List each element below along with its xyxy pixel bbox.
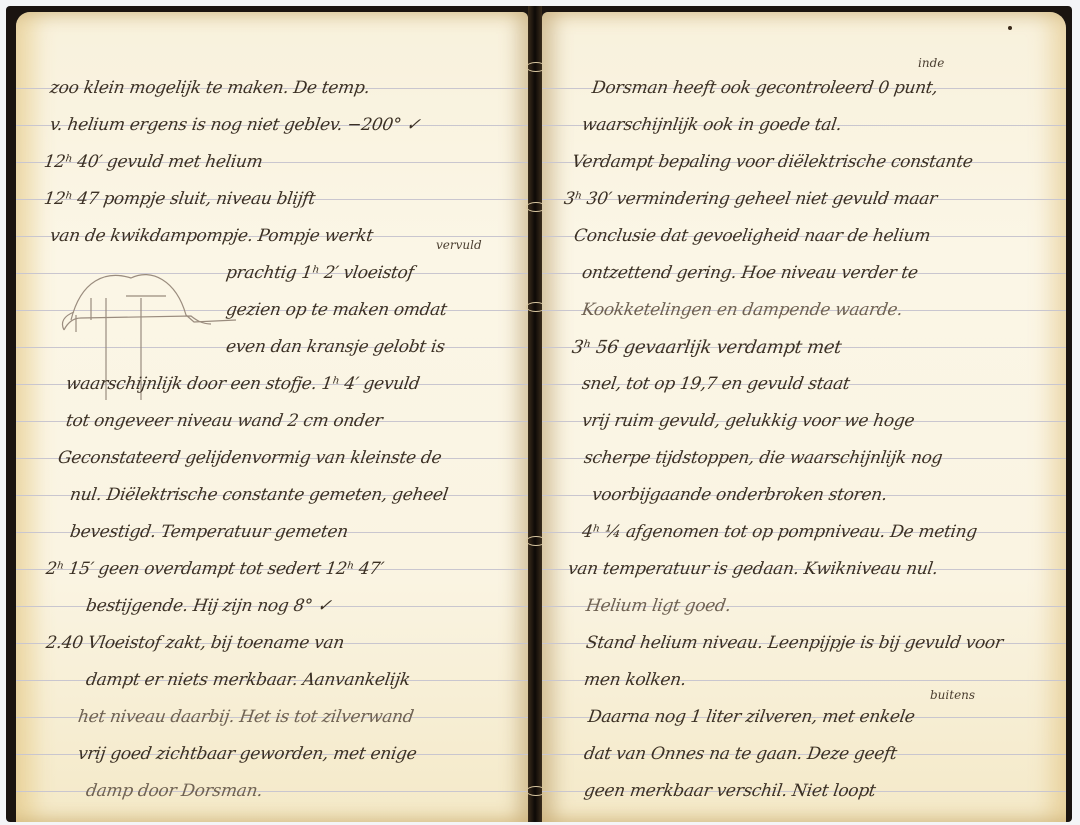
left-page-text: zoo klein mogelijk te maken. De temp. v.…: [16, 70, 528, 810]
text-line: Verdampt bepaling voor diëlektrische con…: [542, 144, 1066, 181]
text-line: nul. Diëlektrische constante gemeten, ge…: [16, 477, 528, 514]
left-page: zoo klein mogelijk te maken. De temp. v.…: [16, 12, 528, 822]
text-line: waarschijnlijk ook in goede tal.: [542, 107, 1066, 144]
text-line: 3ʰ 56 gevaarlijk verdampt met: [542, 329, 1066, 366]
text-line: bestijgende. Hij zijn nog 8° ✓: [16, 588, 528, 625]
text-line: Conclusie dat gevoeligheid naar de heliu…: [542, 218, 1066, 255]
text-line: dat van Onnes na te gaan. Deze geeft: [542, 736, 1066, 773]
text-line: gezien op te maken omdat: [16, 292, 528, 329]
text-line: waarschijnlijk door een stofje. 1ʰ 4′ ge…: [16, 366, 528, 403]
ink-spot: [1008, 26, 1012, 30]
text-line: Kookketelingen en dampende waarde.: [542, 292, 1066, 329]
text-line: 3ʰ 30′ vermindering geheel niet gevuld m…: [542, 181, 1066, 218]
text-line: snel, tot op 19,7 en gevuld staat: [542, 366, 1066, 403]
text-line: Helium ligt goed.: [542, 588, 1066, 625]
text-line: het niveau daarbij. Het is tot zilverwan…: [16, 699, 528, 736]
text-line: 12ʰ 47 pompje sluit, niveau blijft: [16, 181, 528, 218]
text-line: damp door Dorsman.: [16, 773, 528, 810]
text-line: zoo klein mogelijk te maken. De temp.: [16, 70, 528, 107]
text-line: 12ʰ 40′ gevuld met helium: [16, 144, 528, 181]
text-line: 4ʰ ¼ afgenomen tot op pompniveau. De met…: [542, 514, 1066, 551]
text-line: ontzettend gering. Hoe niveau verder te: [542, 255, 1066, 292]
notebook-spread: zoo klein mogelijk te maken. De temp. v.…: [6, 6, 1072, 822]
text-line: even dan kransje gelobt is: [16, 329, 528, 366]
text-line: bevestigd. Temperatuur gemeten: [16, 514, 528, 551]
text-line: v. helium ergens is nog niet geblev. −20…: [16, 107, 528, 144]
text-line: geen merkbaar verschil. Niet loopt: [542, 773, 1066, 810]
text-line: Geconstateerd gelijdenvormig van kleinst…: [16, 440, 528, 477]
right-page: inde buitens Dorsman heeft ook gecontrol…: [542, 12, 1066, 822]
text-line: dampt er niets merkbaar. Aanvankelijk: [16, 662, 528, 699]
text-line: prachtig 1ʰ 2′ vloeistof: [16, 255, 528, 292]
superscript-annotation: inde: [918, 56, 944, 70]
text-line: vrij ruim gevuld, gelukkig voor we hoge: [542, 403, 1066, 440]
text-line: Dorsman heeft ook gecontroleerd 0 punt,: [542, 70, 1066, 107]
margin-annotation: vervuld: [436, 238, 482, 252]
text-line: Stand helium niveau. Leenpijpje is bij g…: [542, 625, 1066, 662]
text-line: van temperatuur is gedaan. Kwikniveau nu…: [542, 551, 1066, 588]
text-line: scherpe tijdstoppen, die waarschijnlijk …: [542, 440, 1066, 477]
text-line: men kolken.: [542, 662, 1066, 699]
text-line: voorbijgaande onderbroken storen.: [542, 477, 1066, 514]
text-line: Daarna nog 1 liter zilveren, met enkele: [542, 699, 1066, 736]
notebook-spine: [528, 6, 542, 822]
text-line: tot ongeveer niveau wand 2 cm onder: [16, 403, 528, 440]
text-line: 2ʰ 15′ geen overdampt tot sedert 12ʰ 47′: [16, 551, 528, 588]
right-page-text: Dorsman heeft ook gecontroleerd 0 punt, …: [542, 70, 1066, 810]
text-line: vrij goed zichtbaar geworden, met enige: [16, 736, 528, 773]
text-line: 2.40 Vloeistof zakt, bij toename van: [16, 625, 528, 662]
